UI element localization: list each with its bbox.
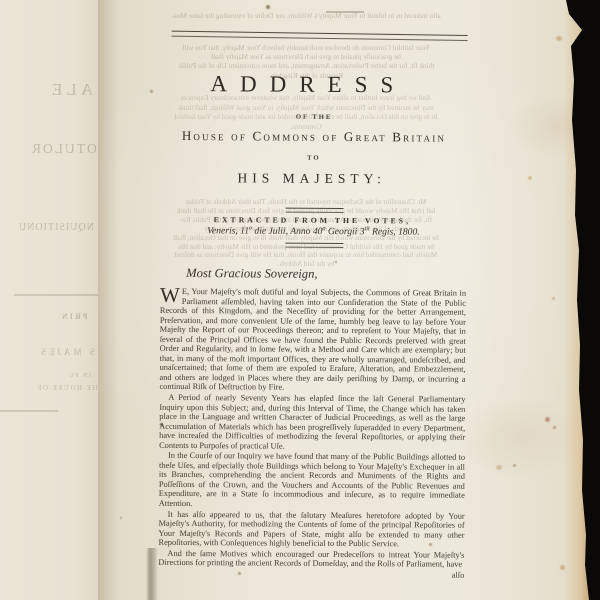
date-text: die Julii, Anno 40: [252, 226, 323, 237]
title-addressee: HIS MAJESTY:: [159, 170, 465, 188]
foxing-spot: [266, 5, 270, 9]
foxing-spot: [496, 465, 502, 470]
printed-text-layer: ADDRESS OF THE House of Commons of Great…: [96, 0, 600, 600]
paragraph: WE, Your Majeſty's moſt dutiful and loya…: [159, 287, 466, 394]
paragraph: And the ſame Motives which encouraged ou…: [158, 549, 464, 570]
drop-cap-initial: W: [160, 287, 182, 305]
showthrough-rule: [0, 410, 58, 412]
foxing-spot: [120, 517, 122, 519]
votes-heading: EXTRACTED FROM THE VOTES,: [159, 215, 465, 226]
short-double-rule: [285, 243, 343, 248]
paragraph: A Period of nearly Seventy Years has ela…: [159, 393, 465, 452]
paragraph-text: E, Your Majeſty's moſt dutiful and loyal…: [159, 287, 466, 392]
header-double-rule: [172, 31, 468, 41]
votes-dateline: Veneris, 11o die Julii, Anno 40o Georgii…: [160, 225, 466, 238]
date-text: Regis, 1800.: [370, 226, 420, 237]
foxing-spot: [545, 417, 550, 422]
salutation: Most Gracious Sovereign,: [186, 266, 317, 282]
date-text: Veneris, 11: [207, 225, 249, 236]
title-to: TO: [161, 154, 467, 163]
short-double-rule: [286, 208, 344, 213]
title-subtitle: House of Commons of Great Britain: [161, 128, 467, 146]
gutter-crease-shadow: [146, 548, 158, 600]
catchword: alſo: [158, 569, 464, 580]
foxing-spot: [160, 423, 163, 426]
book-photograph: CALE ROTULOR NQUISITIONU PRIN HIS MAJES …: [0, 0, 600, 600]
foxing-spot: [553, 426, 556, 429]
foxing-spot: [238, 572, 241, 575]
title-of-the: OF THE: [161, 113, 467, 122]
date-text: Georgii 3: [325, 226, 364, 237]
document-page: alſo induced us to ſubmit to Your Majeſt…: [98, 0, 598, 600]
showthrough-text: ROTULOR: [30, 141, 108, 157]
foxing-spot: [552, 297, 555, 300]
foxing-spot: [560, 565, 565, 570]
paragraph: In the Courſe of our Inquiry we have fou…: [159, 451, 465, 510]
showthrough-text: PRIN: [60, 312, 88, 321]
showthrough-text: IN PU: [68, 373, 91, 379]
foxing-spot: [556, 36, 562, 41]
foxing-spot: [429, 543, 432, 546]
document-title: ADDRESS: [155, 71, 461, 99]
showthrough-text: THE HOUSE OF: [36, 384, 103, 392]
address-body: WE, Your Majeſty's moſt dutiful and loya…: [158, 287, 466, 580]
foxing-spot: [335, 261, 337, 263]
paragraph: It has alſo appeared to us, that the ſal…: [158, 509, 464, 549]
foxing-spot: [528, 176, 532, 180]
foxing-spot: [150, 90, 153, 93]
showthrough-text: NQUISITIONU: [18, 222, 94, 233]
foxing-spot: [513, 464, 516, 467]
